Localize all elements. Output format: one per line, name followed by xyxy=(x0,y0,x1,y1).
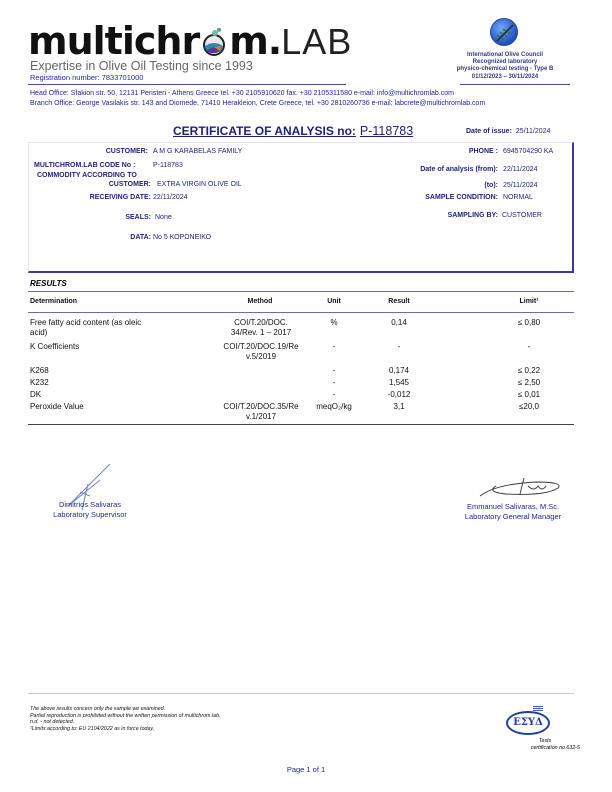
cell-method-cont: v.1/2017 xyxy=(215,412,307,422)
cell-unit: - xyxy=(308,390,360,400)
cell-unit: - xyxy=(308,366,360,376)
commodity-label-customer: CUSTOMER: xyxy=(30,181,151,188)
signatory-left: Dimitrios Salivaras Laboratory Superviso… xyxy=(40,500,140,519)
receiving-date-value: 22/11/2024 xyxy=(153,194,188,201)
logo-text: multichr xyxy=(28,19,199,63)
column-header-method: Method xyxy=(220,298,300,305)
analysis-from-value: 22/11/2024 xyxy=(503,166,538,173)
cell-method-cont: v.5/2019 xyxy=(215,352,307,362)
ioc-globe-icon xyxy=(490,18,518,46)
cell-limit: ≤ 0,80 xyxy=(504,318,554,328)
header-divider-right xyxy=(460,84,570,85)
seals-label: SEALS: xyxy=(30,214,151,221)
footer-note: n.d. - not detected. xyxy=(30,719,220,726)
cell-limit: ≤20,0 xyxy=(504,402,554,412)
sample-condition-value: NORMAL xyxy=(503,194,533,201)
issue-label: Date of issue: xyxy=(466,128,512,135)
cell-unit: % xyxy=(308,318,360,328)
esyd-logo: EΣΥΔ xyxy=(506,711,550,735)
head-office-address: Head Office: Sfakion str. 50, 12131 Peri… xyxy=(30,90,454,97)
company-logo: multichrm.LAB xyxy=(28,22,352,60)
tagline: Expertise in Olive Oil Testing since 199… xyxy=(30,59,253,73)
cell-result: 1,545 xyxy=(374,378,424,388)
customer-value: A M G KARABELAS FAMILY xyxy=(153,148,242,155)
lab-code-value: P-118783 xyxy=(153,162,183,169)
sampling-by-value: CUSTOMER xyxy=(502,212,542,219)
lab-code-label: MULTICHROM.LAB CODE No : xyxy=(34,162,135,169)
ioc-line: 01/12/2023 – 30/11/2024 xyxy=(440,74,570,81)
cell-unit: meqO₂/kg xyxy=(308,402,360,412)
flask-icon xyxy=(200,24,228,52)
cell-method: COI/T.20/DOC. xyxy=(215,318,307,328)
cell-determination: Free fatty acid content (as oleic xyxy=(30,318,220,328)
branch-office-address: Branch Office: George Vasilakis str. 143… xyxy=(30,100,485,107)
ioc-line: International Olive Council xyxy=(440,52,570,59)
signatory-right-name: Emmanuel Salivaras, M.Sc. xyxy=(448,502,578,512)
header-row-divider xyxy=(28,312,574,313)
cell-method-cont: 34/Rev. 1 – 2017 xyxy=(215,328,307,338)
sample-condition-label: SAMPLE CONDITION: xyxy=(380,194,498,201)
signatory-left-name: Dimitrios Salivaras xyxy=(40,500,140,510)
cell-determination: K232 xyxy=(30,378,220,388)
commodity-label: COMMODITY ACCORDING TO xyxy=(37,172,137,179)
commodity-value: EXTRA VIRGIN OLIVE OIL xyxy=(157,181,242,188)
header-divider xyxy=(28,84,346,85)
cell-result: - xyxy=(374,342,424,352)
cell-unit: - xyxy=(308,342,360,352)
signatory-left-title: Laboratory Supervisor xyxy=(40,510,140,520)
certificate-number: P-118783 xyxy=(360,124,413,138)
cell-result: 0,174 xyxy=(374,366,424,376)
esyd-certification: Tests certification no.632-5 xyxy=(480,738,580,751)
cell-limit: - xyxy=(504,342,554,352)
analysis-from-label: Date of analysis (from): xyxy=(380,166,498,173)
cell-method: COI/T.20/DOC.35/Re xyxy=(215,402,307,412)
analysis-to-value: 25/11/2024 xyxy=(503,182,538,189)
logo-lab: LAB xyxy=(281,21,352,62)
column-header-unit: Unit xyxy=(314,298,354,305)
cell-determination: Peroxide Value xyxy=(30,402,220,412)
cell-result: 3,1 xyxy=(374,402,424,412)
certificate-title-label: CERTIFICATE OF ANALYSIS no: xyxy=(173,124,356,138)
cell-result: -0,012 xyxy=(374,390,424,400)
cell-limit: ≤ 2,50 xyxy=(504,378,554,388)
ioc-line: Recognized laboratory xyxy=(440,59,570,66)
page-number: Page 1 of 1 xyxy=(0,765,612,774)
footer-note: Partial reproduction is prohibited witho… xyxy=(30,713,220,720)
signatory-right: Emmanuel Salivaras, M.Sc. Laboratory Gen… xyxy=(448,502,578,521)
cell-determination: K Coefficients xyxy=(30,342,220,352)
phone-value: 6945704290 KA xyxy=(503,148,553,155)
sampling-by-label: SAMPLING BY: xyxy=(380,212,498,219)
seals-value: None xyxy=(155,214,172,221)
footer-divider xyxy=(28,693,574,694)
cell-limit: ≤ 0,01 xyxy=(504,390,554,400)
signature-right-icon xyxy=(476,474,566,502)
footer-note: The above results concern only the sampl… xyxy=(30,706,220,713)
esyd-line: certification no.632-5 xyxy=(480,745,580,752)
column-header-limit: Limit¹ xyxy=(504,298,554,305)
results-divider xyxy=(28,291,574,292)
receiving-date-label: RECEIVING DATE: xyxy=(30,194,151,201)
data-value: No 5 ΚΟΡΩΝΕΙΚΟ xyxy=(153,234,211,241)
issue-date: 25/11/2024 xyxy=(516,128,551,135)
column-header-determination: Determination xyxy=(30,298,77,305)
column-header-result: Result xyxy=(374,298,424,305)
certificate-title: CERTIFICATE OF ANALYSIS no:P-118783 xyxy=(173,124,413,138)
data-label: DATA: xyxy=(30,234,151,241)
signatory-right-title: Laboratory General Manager xyxy=(448,512,578,522)
results-end-divider xyxy=(28,424,574,425)
ioc-recognition: International Olive Council Recognized l… xyxy=(440,52,570,81)
ioc-line: physico-chemical testing - Type B xyxy=(440,66,570,73)
phone-label: PHONE : xyxy=(400,148,498,155)
customer-label: CUSTOMER: xyxy=(30,148,148,155)
logo-text-end: m. xyxy=(229,19,281,63)
analysis-to-label: (to): xyxy=(400,182,498,189)
cell-determination: DK xyxy=(30,390,220,400)
cell-limit: ≤ 0,22 xyxy=(504,366,554,376)
cell-determination-cont: acid) xyxy=(30,328,220,338)
cell-result: 0,14 xyxy=(374,318,424,328)
footer-notes: The above results concern only the sampl… xyxy=(30,706,220,732)
registration-number: Registration number: 7833701000 xyxy=(30,73,143,82)
cell-unit: - xyxy=(308,378,360,388)
cell-method: COI/T.20/DOC.19/Re xyxy=(215,342,307,352)
cell-determination: K268 xyxy=(30,366,220,376)
date-of-issue: Date of issue:25/11/2024 xyxy=(466,128,550,135)
results-heading: RESULTS xyxy=(30,279,67,288)
footer-note: ¹Limits according to: EU 2104/2022 as in… xyxy=(30,726,220,733)
